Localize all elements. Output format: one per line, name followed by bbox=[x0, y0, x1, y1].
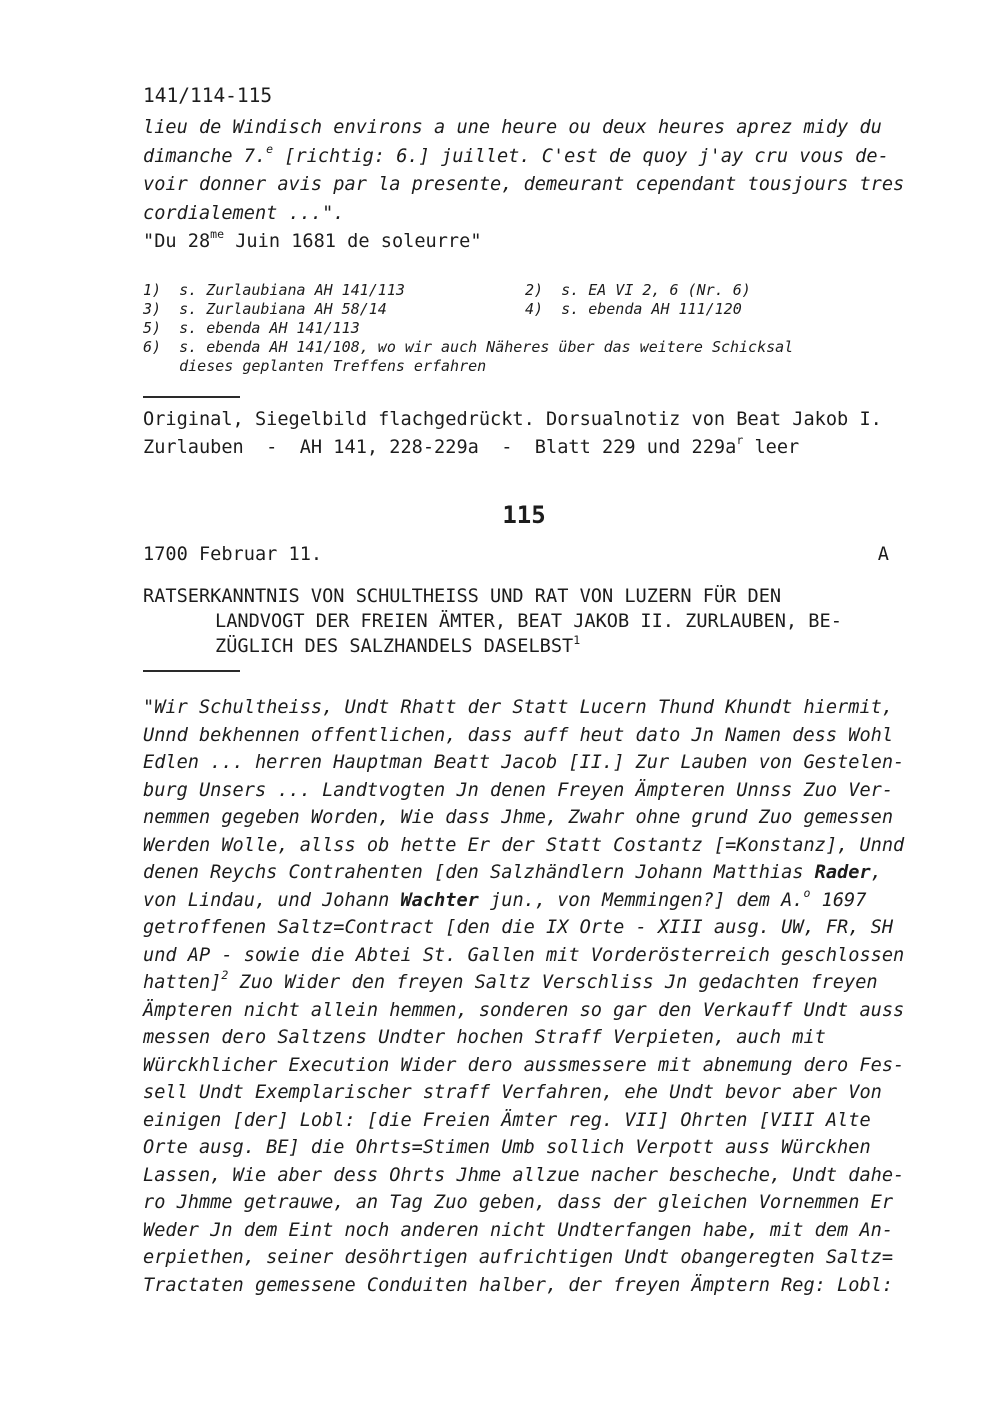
text-segment: Original, Siegelbild flachgedrückt. Dors… bbox=[143, 409, 882, 430]
document-number: 115 bbox=[143, 501, 905, 529]
text-segment: von Lindau, und Johann bbox=[143, 890, 400, 911]
text-line: Ämpteren nicht allein hemmen, sonderen s… bbox=[143, 997, 904, 1025]
footnote-left: 1) s. Zurlaubiana AH 141/113 bbox=[143, 281, 405, 299]
superscript: r bbox=[736, 433, 743, 447]
text-segment: ro Jhmme getrauwe, an Tag Zuo geben, das… bbox=[143, 1192, 893, 1213]
footnote-row: 6) s. ebenda AH 141/108, wo wir auch Näh… bbox=[143, 338, 905, 357]
text-line: Zurlauben - AH 141, 228-229a - Blatt 229… bbox=[143, 434, 882, 462]
text-segment: "Wir Schultheiss, Undt Rhatt der Statt L… bbox=[143, 697, 893, 718]
text-segment: Zuo Wider den freyen Saltz Verschliss Jn… bbox=[228, 972, 877, 993]
footnote-row: 1) s. Zurlaubiana AH 141/1132) s. EA VI … bbox=[143, 281, 905, 300]
text-segment: Juin 1681 de soleurre" bbox=[224, 231, 481, 252]
text-line: burg Unsers ... Landtvogten Jn denen Fre… bbox=[143, 777, 904, 805]
text-segment: getroffenen Saltz=Contract [den die IX O… bbox=[143, 917, 893, 938]
text-segment: LANDVOGT DER FREIEN ÄMTER, BEAT JAKOB II… bbox=[215, 611, 842, 632]
text-segment: RATSERKANNTNIS VON SCHULTHEISS UND RAT V… bbox=[143, 586, 781, 607]
document-title: RATSERKANNTNIS VON SCHULTHEISS UND RAT V… bbox=[143, 584, 842, 660]
text-line: hatten]2 Zuo Wider den freyen Saltz Vers… bbox=[143, 969, 904, 997]
footnote-separator-rule bbox=[143, 396, 240, 398]
text-segment: einigen [der] Lobl: [die Freien Ämter re… bbox=[143, 1110, 871, 1131]
footnote-left: 5) s. ebenda AH 141/113 bbox=[143, 319, 360, 337]
footnote-left: 3) s. Zurlaubiana AH 58/14 bbox=[143, 300, 387, 318]
text-segment: ZÜGLICH DES SALZHANDELS DASELBST bbox=[215, 636, 573, 657]
text-segment: messen dero Saltzens Undter hochen Straf… bbox=[143, 1027, 826, 1048]
text-line: Weder Jn dem Eint noch anderen nicht Und… bbox=[143, 1217, 904, 1245]
text-line: Lassen, Wie aber dess Ohrts Jhme allzue … bbox=[143, 1162, 904, 1190]
text-segment: nemmen gegeben Worden, Wie dass Jhme, Zw… bbox=[143, 807, 893, 828]
text-line: von Lindau, und Johann Wachter jun., von… bbox=[143, 887, 904, 915]
text-segment: dimanche 7. bbox=[143, 146, 266, 167]
text-line: messen dero Saltzens Undter hochen Straf… bbox=[143, 1024, 904, 1052]
text-segment: Lassen, Wie aber dess Ohrts Jhme allzue … bbox=[143, 1165, 904, 1186]
page-header-archive-number: 141/114-115 bbox=[143, 84, 272, 107]
bold-name: Wachter bbox=[400, 890, 478, 911]
text-segment: Edlen ... herren Hauptman Beatt Jacob [I… bbox=[143, 752, 904, 773]
text-line: Edlen ... herren Hauptman Beatt Jacob [I… bbox=[143, 749, 904, 777]
text-segment: Werden Wolle, allss ob hette Er der Stat… bbox=[143, 835, 904, 856]
footnotes: 1) s. Zurlaubiana AH 141/1132) s. EA VI … bbox=[143, 281, 905, 376]
text-segment: denen Reychs Contrahenten [den Salzhändl… bbox=[143, 862, 815, 883]
text-segment: Ämpteren nicht allein hemmen, sonderen s… bbox=[143, 1000, 904, 1021]
footnote-right: 4) s. ebenda AH 111/120 bbox=[525, 300, 742, 319]
text-line: einigen [der] Lobl: [die Freien Ämter re… bbox=[143, 1107, 904, 1135]
text-line: Orte ausg. BE] die Ohrts=Stimen Umb soll… bbox=[143, 1134, 904, 1162]
letter-excerpt: lieu de Windisch environs a une heure ou… bbox=[143, 114, 904, 257]
text-segment: Weder Jn dem Eint noch anderen nicht Und… bbox=[143, 1220, 893, 1241]
superscript: e bbox=[266, 142, 273, 156]
document-date-row: 1700 Februar 11. A bbox=[143, 544, 905, 565]
text-segment: Tractaten gemessene Conduiten halber, de… bbox=[143, 1275, 893, 1296]
footnote-left: 6) s. ebenda AH 141/108, wo wir auch Näh… bbox=[143, 338, 793, 356]
superscript: o bbox=[804, 886, 811, 900]
text-line: erpiethen, seiner desöhrtigen aufrichtig… bbox=[143, 1244, 904, 1272]
superscript: 2 bbox=[221, 968, 228, 982]
text-line: Tractaten gemessene Conduiten halber, de… bbox=[143, 1272, 904, 1300]
text-line: sell Undt Exemplarischer straff Verfahre… bbox=[143, 1079, 904, 1107]
text-line: Original, Siegelbild flachgedrückt. Dors… bbox=[143, 406, 882, 434]
footnote-left: dieses geplanten Treffens erfahren bbox=[143, 357, 486, 375]
text-line: dimanche 7.e [richtig: 6.] juillet. C'es… bbox=[143, 143, 904, 172]
text-segment: sell Undt Exemplarischer straff Verfahre… bbox=[143, 1082, 882, 1103]
text-line: Unnd bekhennen offentlichen, dass auff h… bbox=[143, 722, 904, 750]
text-line: ro Jhmme getrauwe, an Tag Zuo geben, das… bbox=[143, 1189, 904, 1217]
text-line: lieu de Windisch environs a une heure ou… bbox=[143, 114, 904, 143]
superscript: 1 bbox=[573, 633, 580, 647]
superscript: me bbox=[210, 227, 224, 241]
text-segment: erpiethen, seiner desöhrtigen aufrichtig… bbox=[143, 1247, 893, 1268]
title-separator-rule bbox=[143, 670, 240, 672]
text-segment: voir donner avis par la presente, demeur… bbox=[143, 174, 904, 195]
document-body: "Wir Schultheiss, Undt Rhatt der Statt L… bbox=[143, 694, 904, 1299]
document-date: 1700 Februar 11. bbox=[143, 544, 322, 565]
footnote-row: dieses geplanten Treffens erfahren bbox=[143, 357, 905, 376]
text-line: und AP - sowie die Abtei St. Gallen mit … bbox=[143, 942, 904, 970]
text-segment: Würckhlicher Execution Wider dero aussme… bbox=[143, 1055, 904, 1076]
text-line: voir donner avis par la presente, demeur… bbox=[143, 171, 904, 200]
text-line: "Wir Schultheiss, Undt Rhatt der Statt L… bbox=[143, 694, 904, 722]
text-segment: hatten] bbox=[143, 972, 221, 993]
text-segment: cordialement ...". bbox=[143, 203, 345, 224]
text-line: denen Reychs Contrahenten [den Salzhändl… bbox=[143, 859, 904, 887]
text-line: nemmen gegeben Worden, Wie dass Jhme, Zw… bbox=[143, 804, 904, 832]
text-line: ZÜGLICH DES SALZHANDELS DASELBST1 bbox=[143, 634, 842, 659]
text-segment: leer bbox=[743, 437, 799, 458]
text-line: getroffenen Saltz=Contract [den die IX O… bbox=[143, 914, 904, 942]
text-segment: "Du 28 bbox=[143, 231, 210, 252]
text-line: Würckhlicher Execution Wider dero aussme… bbox=[143, 1052, 904, 1080]
text-line: LANDVOGT DER FREIEN ÄMTER, BEAT JAKOB II… bbox=[143, 609, 842, 634]
footnote-row: 3) s. Zurlaubiana AH 58/144) s. ebenda A… bbox=[143, 300, 905, 319]
text-line: RATSERKANNTNIS VON SCHULTHEISS UND RAT V… bbox=[143, 584, 842, 609]
text-segment: Zurlauben - AH 141, 228-229a - Blatt 229… bbox=[143, 437, 736, 458]
text-segment: , bbox=[871, 862, 882, 883]
footnote-row: 5) s. ebenda AH 141/113 bbox=[143, 319, 905, 338]
source-siglum: A bbox=[878, 544, 889, 565]
provenance-note: Original, Siegelbild flachgedrückt. Dors… bbox=[143, 406, 882, 462]
bold-name: Rader bbox=[815, 862, 871, 883]
text-line: "Du 28me Juin 1681 de soleurre" bbox=[143, 228, 904, 257]
text-segment: und AP - sowie die Abtei St. Gallen mit … bbox=[143, 945, 904, 966]
text-segment: burg Unsers ... Landtvogten Jn denen Fre… bbox=[143, 780, 893, 801]
text-segment: 1697 bbox=[810, 890, 866, 911]
text-segment: Unnd bekhennen offentlichen, dass auff h… bbox=[143, 725, 893, 746]
text-line: Werden Wolle, allss ob hette Er der Stat… bbox=[143, 832, 904, 860]
footnote-right: 2) s. EA VI 2, 6 (Nr. 6) bbox=[525, 281, 751, 300]
text-segment: lieu de Windisch environs a une heure ou… bbox=[143, 117, 882, 138]
text-segment: Orte ausg. BE] die Ohrts=Stimen Umb soll… bbox=[143, 1137, 871, 1158]
document-page: 141/114-115 lieu de Windisch environs a … bbox=[0, 0, 1000, 1415]
text-segment: jun., von Memmingen?] dem A. bbox=[479, 890, 804, 911]
text-line: cordialement ...". bbox=[143, 200, 904, 229]
text-segment: [richtig: 6.] juillet. C'est de quoy j'a… bbox=[273, 146, 889, 167]
